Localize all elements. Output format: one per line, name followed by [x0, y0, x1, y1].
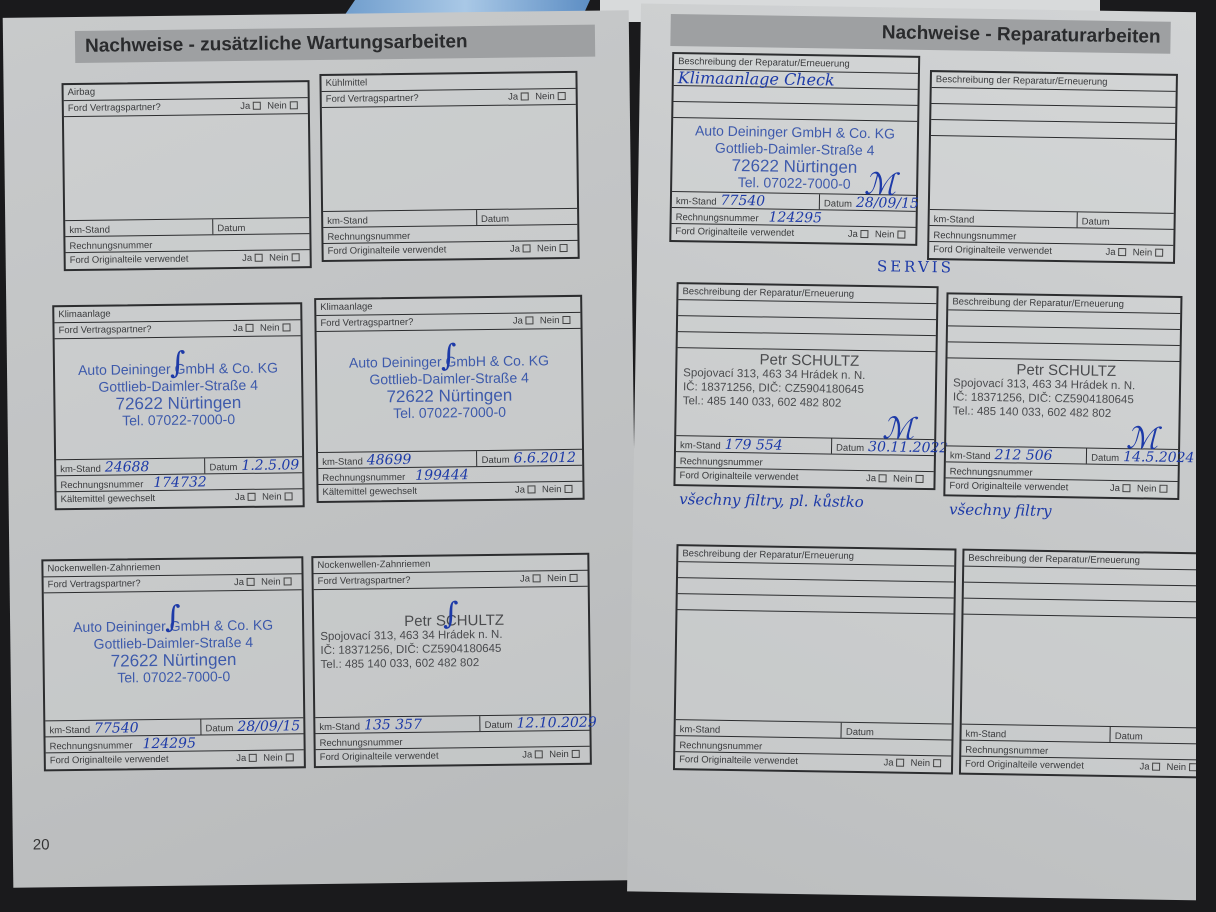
repair-card: Beschreibung der Reparatur/Erneuerungkm-…: [673, 544, 957, 774]
signature: ℳ: [882, 411, 915, 446]
right-page-header: Nachweise - Reparaturarbeiten: [670, 14, 1170, 54]
partner-label: Ford Vertragspartner?: [48, 578, 141, 590]
footer-label: Ford Originalteile verwendet: [680, 470, 799, 483]
nein-checkbox[interactable]: [1155, 249, 1163, 257]
footer-label: Ford Originalteile verwendet: [50, 754, 169, 766]
ja-checkbox[interactable]: [1152, 763, 1160, 771]
maintenance-card: AirbagFord Vertragspartner?JaNeinkm-Stan…: [62, 80, 312, 271]
km-label: km-Stand: [680, 440, 721, 452]
ja-nein-checkboxes: JaNein: [234, 574, 298, 591]
ja-nein-checkboxes: JaNein: [848, 227, 912, 244]
dealer-stamp: Petr SCHULTZSpojovací 313, 463 34 Hrádek…: [947, 362, 1180, 422]
repair-card: Beschreibung der Reparatur/Erneuerungkm-…: [959, 549, 1213, 779]
nein-label: Nein: [261, 577, 281, 588]
maintenance-card: Nockenwellen-ZahnriemenFord Vertragspart…: [41, 556, 306, 771]
km-field[interactable]: km-Stand24688: [56, 458, 205, 475]
km-label: km-Stand: [322, 456, 363, 467]
signature: ∫: [170, 346, 186, 381]
maintenance-card: KlimaanlageFord Vertragspartner?JaNeinAu…: [52, 302, 304, 510]
date-label: Datum: [846, 727, 874, 738]
ja-nein-checkboxes: JaNein: [866, 471, 930, 488]
km-field[interactable]: km-Stand: [676, 720, 843, 738]
nein-label: Nein: [540, 315, 560, 326]
nein-label: Nein: [549, 749, 569, 760]
nein-label: Nein: [535, 91, 555, 102]
nein-checkbox[interactable]: [560, 244, 568, 252]
ja-checkbox[interactable]: [526, 317, 534, 325]
date-label: Datum: [217, 223, 245, 234]
km-field[interactable]: km-Stand135 357: [315, 716, 480, 733]
card-title: Airbag: [68, 87, 96, 98]
stamp-line: Tel.: 485 140 033, 602 482 802: [683, 394, 935, 412]
date-label: Datum: [824, 198, 852, 209]
km-label: km-Stand: [680, 724, 721, 736]
km-label: km-Stand: [950, 450, 991, 462]
ja-label: Ja: [866, 473, 876, 484]
maintenance-card: KlimaanlageFord Vertragspartner?JaNeinAu…: [314, 295, 584, 503]
ja-label: Ja: [515, 485, 525, 496]
footer-row: Ford Originalteile verwendetJaNein: [675, 752, 951, 772]
maintenance-card: Nockenwellen-ZahnriemenFord Vertragspart…: [311, 553, 592, 768]
nein-label: Nein: [1137, 483, 1157, 494]
footer-label: Ford Originalteile verwendet: [320, 751, 439, 763]
km-value: 212 506: [994, 447, 1052, 464]
ja-checkbox[interactable]: [535, 751, 543, 759]
footer-row: Ford Originalteile verwendetJaNein: [323, 241, 577, 260]
invoice-label: Rechnungsnummer: [322, 472, 405, 484]
ja-nein-checkboxes: JaNein: [242, 250, 306, 267]
ja-nein-checkboxes: JaNein: [513, 313, 577, 330]
ja-label: Ja: [522, 749, 532, 760]
date-field[interactable]: Datum: [1078, 212, 1118, 228]
ja-label: Ja: [1105, 247, 1115, 258]
ja-checkbox[interactable]: [897, 759, 905, 767]
ja-nein-checkboxes: JaNein: [522, 747, 586, 764]
ja-checkbox[interactable]: [247, 578, 255, 586]
nein-checkbox[interactable]: [570, 574, 578, 582]
footer-row: Kältemittel gewechseltJaNein: [57, 489, 303, 508]
ja-label: Ja: [1139, 761, 1149, 772]
invoice-label: Rechnungsnummer: [950, 466, 1033, 478]
repair-card: Beschreibung der Reparatur/ErneuerungKli…: [669, 52, 920, 246]
nein-checkbox[interactable]: [933, 760, 941, 768]
date-field[interactable]: Datum6.6.2012: [478, 450, 581, 466]
ja-checkbox[interactable]: [253, 102, 261, 110]
nein-checkbox[interactable]: [284, 578, 292, 586]
km-label: km-Stand: [60, 464, 101, 475]
km-value: 77540: [94, 720, 139, 737]
right-page: Nachweise - Reparaturarbeiten Beschreibu…: [627, 3, 1216, 900]
nein-label: Nein: [542, 484, 562, 495]
date-label: Datum: [836, 443, 864, 454]
stamp-area[interactable]: [930, 136, 1175, 214]
footer-label: Ford Originalteile verwendet: [70, 254, 189, 266]
stamp-area[interactable]: [322, 105, 577, 212]
footer-row: Ford Originalteile verwendetJaNein: [945, 478, 1177, 498]
ja-label: Ja: [236, 753, 246, 764]
nein-checkbox[interactable]: [292, 254, 300, 262]
invoice-label: Rechnungsnummer: [69, 240, 152, 252]
footer-row: Ford Originalteile verwendetJaNein: [929, 242, 1173, 262]
card-title: Klimaanlage: [58, 309, 110, 321]
invoice-value: 124295: [768, 210, 822, 227]
ja-nein-checkboxes: JaNein: [236, 750, 300, 767]
footer-label: Ford Originalteile verwendet: [933, 244, 1052, 257]
km-label: km-Stand: [319, 722, 360, 733]
stamp-line: Tel. 07022-7000-0: [56, 410, 302, 430]
repair-card: Beschreibung der Reparatur/Erneuerungkm-…: [927, 70, 1178, 264]
date-value: 28/09/15: [237, 718, 300, 735]
nein-label: Nein: [537, 243, 557, 254]
km-label: km-Stand: [676, 196, 717, 208]
nein-checkbox[interactable]: [558, 92, 566, 100]
ja-label: Ja: [235, 492, 245, 503]
invoice-label: Rechnungsnummer: [933, 230, 1016, 242]
nein-label: Nein: [875, 229, 895, 240]
nein-label: Nein: [260, 322, 280, 333]
signature: ∫: [441, 338, 457, 373]
card-title: Beschreibung der Reparatur/Erneuerung: [936, 74, 1108, 88]
nein-label: Nein: [269, 252, 289, 263]
nein-label: Nein: [262, 491, 282, 502]
date-label: Datum: [1091, 453, 1119, 464]
stamp-area[interactable]: [64, 114, 309, 221]
ja-nein-checkboxes: JaNein: [510, 241, 574, 258]
invoice-label: Rechnungsnummer: [60, 479, 143, 491]
partner-label: Ford Vertragspartner?: [320, 317, 413, 329]
footer-row: Ford Originalteile verwendetJaNein: [675, 468, 933, 488]
ja-checkbox[interactable]: [249, 754, 257, 762]
km-field[interactable]: km-Stand: [961, 725, 1110, 742]
stamp-line: Tel. 07022-7000-0: [45, 667, 303, 687]
km-field[interactable]: km-Stand179 554: [676, 436, 832, 453]
date-label: Datum: [482, 455, 510, 466]
date-field[interactable]: Datum12.10.2029: [480, 715, 600, 731]
invoice-label: Rechnungsnummer: [320, 737, 403, 749]
km-value: 77540: [720, 193, 765, 210]
ja-checkbox[interactable]: [861, 230, 869, 238]
footer-label: Kältemittel gewechselt: [322, 486, 417, 498]
km-label: km-Stand: [965, 729, 1006, 741]
km-field[interactable]: km-Stand212 506: [946, 446, 1087, 463]
invoice-label: Rechnungsnummer: [679, 740, 762, 752]
invoice-value: 174732: [153, 474, 207, 491]
ja-label: Ja: [240, 101, 250, 112]
ja-label: Ja: [1110, 483, 1120, 494]
card-title: Beschreibung der Reparatur/Erneuerung: [682, 286, 854, 300]
ja-checkbox[interactable]: [246, 324, 254, 332]
date-field[interactable]: Datum28/09/15: [201, 718, 304, 734]
invoice-label: Rechnungsnummer: [50, 740, 133, 752]
nein-checkbox[interactable]: [286, 754, 294, 762]
nein-checkbox[interactable]: [572, 750, 580, 758]
km-field[interactable]: km-Stand77540: [672, 192, 820, 209]
nein-checkbox[interactable]: [1159, 485, 1167, 493]
date-field[interactable]: Datum1.2.5.09: [205, 457, 303, 473]
date-field[interactable]: Datum: [213, 219, 253, 234]
invoice-label: Rechnungsnummer: [680, 456, 763, 468]
ja-nein-checkboxes: JaNein: [1139, 759, 1203, 776]
ja-label: Ja: [234, 577, 244, 588]
card-title: Beschreibung der Reparatur/Erneuerung: [952, 296, 1124, 310]
ja-label: Ja: [510, 244, 520, 255]
nein-checkbox[interactable]: [897, 231, 905, 239]
ja-nein-checkboxes: JaNein: [508, 89, 572, 106]
handwritten-servis: SERVIS: [877, 257, 954, 276]
km-value: 48699: [367, 452, 412, 469]
footer-row: Kältemittel gewechseltJaNein: [318, 482, 582, 501]
stamp-line: Tel. 07022-7000-0: [317, 402, 581, 422]
maintenance-card: KühlmittelFord Vertragspartner?JaNeinkm-…: [319, 71, 579, 262]
km-value: 135 357: [364, 717, 422, 734]
footer-row: Ford Originalteile verwendetJaNein: [46, 750, 304, 769]
ja-checkbox[interactable]: [255, 254, 263, 262]
ja-nein-checkboxes: JaNein: [1110, 481, 1174, 498]
km-label: km-Stand: [49, 725, 90, 736]
date-label: Datum: [1115, 731, 1143, 742]
invoice-label: Rechnungsnummer: [327, 231, 410, 243]
km-value: 24688: [105, 459, 150, 476]
invoice-label: Rechnungsnummer: [965, 745, 1048, 757]
signature: ∫: [165, 600, 181, 635]
ja-checkbox[interactable]: [521, 93, 529, 101]
ja-nein-checkboxes: JaNein: [883, 755, 947, 772]
signature: ℳ: [1126, 421, 1159, 456]
invoice-value: 199444: [415, 467, 469, 484]
nein-label: Nein: [547, 573, 567, 584]
ja-checkbox[interactable]: [523, 245, 531, 253]
nein-checkbox[interactable]: [285, 493, 293, 501]
footer-row: Ford Originalteile verwendetJaNein: [316, 747, 590, 766]
ja-label: Ja: [883, 757, 893, 768]
repair-card: Beschreibung der Reparatur/ErneuerungPet…: [673, 282, 938, 490]
km-field[interactable]: km-Stand: [323, 210, 477, 227]
stamp-area[interactable]: [962, 615, 1210, 729]
repair-card: Beschreibung der Reparatur/ErneuerungPet…: [943, 292, 1182, 500]
ja-label: Ja: [513, 316, 523, 327]
stamp-area[interactable]: [676, 610, 954, 724]
date-field[interactable]: Datum: [1111, 727, 1151, 743]
nein-label: Nein: [1133, 247, 1153, 258]
nein-checkbox[interactable]: [282, 324, 290, 332]
footer-label: Ford Originalteile verwendet: [328, 244, 447, 256]
km-field[interactable]: km-Stand: [65, 219, 213, 236]
date-value: 1.2.5.09: [241, 457, 299, 474]
background-edge: [1196, 0, 1216, 912]
signature: ∫: [443, 596, 459, 631]
ja-checkbox[interactable]: [879, 475, 887, 483]
nein-checkbox[interactable]: [564, 485, 572, 493]
footer-label: Ford Originalteile verwendet: [949, 480, 1068, 493]
date-label: Datum: [484, 720, 512, 731]
handwritten-note: všechny filtry, pl. kůstko: [679, 490, 864, 511]
footer-row: Ford Originalteile verwendetJaNein: [671, 224, 915, 244]
date-label: Datum: [1082, 216, 1110, 227]
nein-checkbox[interactable]: [562, 316, 570, 324]
date-value: 12.10.2029: [516, 715, 596, 732]
ja-checkbox[interactable]: [1119, 249, 1127, 257]
invoice-value: 124295: [142, 736, 196, 753]
nein-label: Nein: [910, 758, 930, 769]
card-title: Beschreibung der Reparatur/Erneuerung: [682, 548, 854, 562]
footer-label: Ford Originalteile verwendet: [675, 226, 794, 239]
km-field[interactable]: km-Stand77540: [45, 719, 201, 736]
ja-nein-checkboxes: JaNein: [240, 98, 304, 115]
nein-checkbox[interactable]: [916, 475, 924, 483]
footer-label: Ford Originalteile verwendet: [679, 754, 798, 767]
card-title: Beschreibung der Reparatur/Erneuerung: [968, 553, 1140, 567]
left-page: Nachweise - zusätzliche Wartungsarbeiten…: [3, 10, 640, 888]
footer-row: Ford Originalteile verwendetJaNein: [961, 757, 1207, 777]
date-field[interactable]: Datum: [842, 723, 882, 739]
km-label: km-Stand: [934, 214, 975, 226]
nein-label: Nein: [1166, 762, 1186, 773]
left-page-header: Nachweise - zusätzliche Wartungsarbeiten: [75, 25, 595, 63]
card-title: Klimaanlage: [320, 301, 372, 313]
ja-nein-checkboxes: JaNein: [235, 489, 299, 506]
ja-checkbox[interactable]: [1123, 485, 1131, 493]
nein-checkbox[interactable]: [290, 102, 298, 110]
ja-label: Ja: [848, 229, 858, 240]
km-field[interactable]: km-Stand: [930, 210, 1078, 227]
invoice-label: Rechnungsnummer: [676, 212, 759, 224]
handwritten-note: všechny filtry: [949, 500, 1052, 520]
partner-label: Ford Vertragspartner?: [58, 324, 151, 336]
date-label: Datum: [205, 723, 233, 734]
card-title: Nockenwellen-Zahnriemen: [47, 562, 160, 574]
nein-label: Nein: [263, 752, 283, 763]
ja-nein-checkboxes: JaNein: [520, 571, 584, 588]
footer-row: Ford Originalteile verwendetJaNein: [66, 250, 310, 269]
ja-nein-checkboxes: JaNein: [515, 482, 579, 499]
stamp-line: Tel.: 485 140 033, 602 482 802: [321, 655, 589, 672]
footer-label: Ford Originalteile verwendet: [965, 759, 1084, 772]
nein-label: Nein: [893, 474, 913, 485]
km-label: km-Stand: [69, 225, 110, 236]
page-number: 20: [33, 836, 50, 853]
stamp-line: Tel.: 485 140 033, 602 482 802: [953, 404, 1179, 422]
ja-label: Ja: [233, 323, 243, 334]
date-value: 6.6.2012: [513, 450, 576, 467]
ja-nein-checkboxes: JaNein: [233, 320, 297, 337]
card-title: Nockenwellen-Zahnriemen: [317, 559, 430, 571]
partner-label: Ford Vertragspartner?: [326, 93, 419, 105]
ja-checkbox[interactable]: [248, 493, 256, 501]
km-field[interactable]: km-Stand48699: [318, 451, 478, 468]
ja-label: Ja: [520, 573, 530, 584]
ja-checkbox[interactable]: [533, 575, 541, 583]
km-label: km-Stand: [327, 215, 368, 226]
ja-nein-checkboxes: JaNein: [1105, 245, 1169, 262]
ja-checkbox[interactable]: [528, 486, 536, 494]
date-label: Datum: [209, 462, 237, 473]
dealer-stamp: Petr SCHULTZSpojovací 313, 463 34 Hrádek…: [677, 352, 936, 412]
footer-label: Kältemittel gewechselt: [61, 493, 156, 505]
date-field[interactable]: Datum: [477, 210, 517, 225]
signature: ℳ: [864, 167, 897, 202]
partner-label: Ford Vertragspartner?: [68, 102, 161, 114]
nein-label: Nein: [267, 100, 287, 111]
date-label: Datum: [481, 214, 509, 225]
km-value: 179 554: [725, 437, 783, 454]
ja-label: Ja: [242, 253, 252, 264]
ja-label: Ja: [508, 92, 518, 103]
card-title: Kühlmittel: [325, 77, 367, 89]
partner-label: Ford Vertragspartner?: [318, 575, 411, 587]
